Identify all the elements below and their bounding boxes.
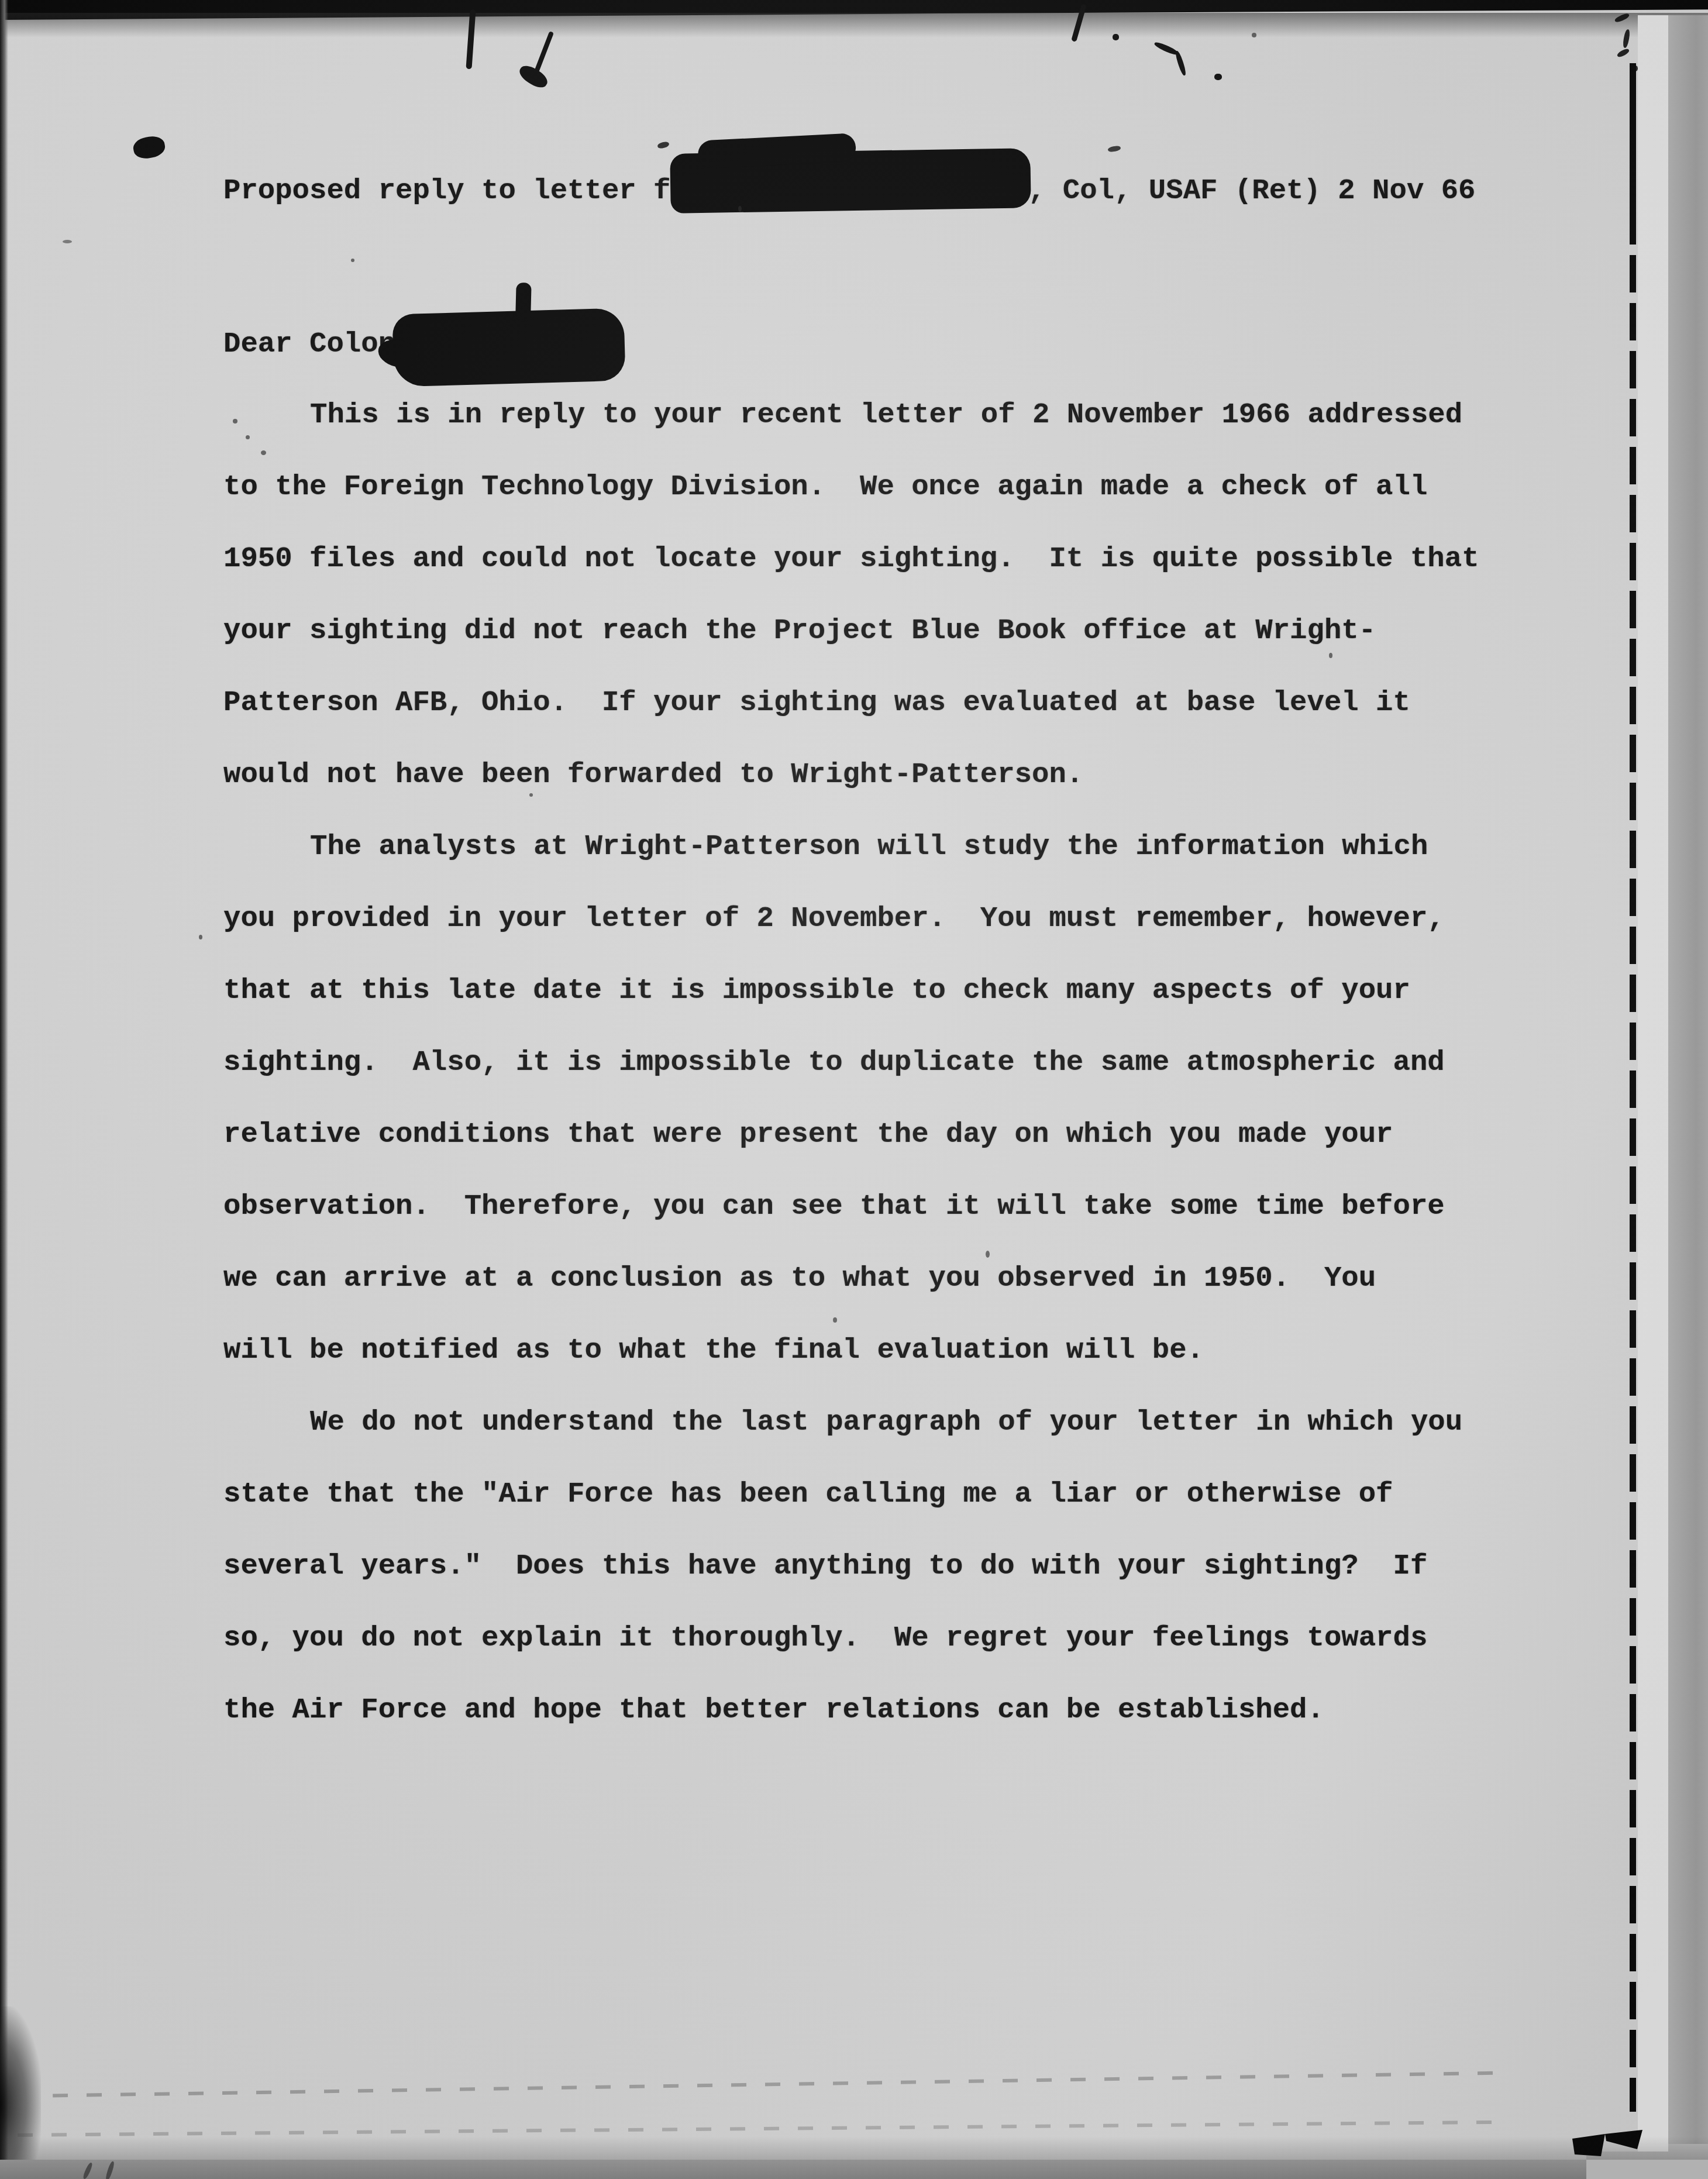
speck — [1252, 33, 1256, 37]
speck — [986, 1251, 990, 1258]
letter-line: we can arrive at a conclusion as to what… — [223, 1242, 1479, 1314]
speck — [1329, 653, 1332, 658]
scan-bottom-strip — [0, 2160, 1708, 2179]
speck — [833, 1317, 837, 1323]
small-dash-mark — [657, 141, 670, 150]
letter-line: to the Foreign Technology Division. We o… — [223, 451, 1479, 523]
scan-bottom-shadow — [0, 2136, 1708, 2160]
letter-line: We do not understand the last paragraph … — [223, 1386, 1479, 1458]
redaction-sender-name — [670, 148, 1031, 214]
scan-top-edge-shadow — [0, 13, 1708, 37]
speck — [529, 793, 533, 797]
speck — [738, 206, 742, 212]
letter-line: the Air Force and hope that better relat… — [223, 1674, 1479, 1746]
paragraph: We do not understand the last paragraph … — [223, 1386, 1479, 1746]
speck — [233, 419, 237, 424]
letter-line: you provided in your letter of 2 Novembe… — [223, 883, 1479, 955]
speck — [63, 240, 72, 243]
title-prefix: Proposed reply to letter f — [223, 174, 671, 207]
document-title-suffix: , Col, USAF (Ret) 2 Nov 66 — [1028, 173, 1476, 208]
paragraph: This is in reply to your recent letter o… — [223, 379, 1479, 811]
speck — [199, 935, 202, 939]
letter-line: The analysts at Wright-Patterson will st… — [223, 811, 1479, 883]
ink-dot-tr — [1113, 34, 1119, 40]
scan-right-strip — [1668, 15, 1708, 2179]
letter-line: This is in reply to your recent letter o… — [223, 379, 1479, 451]
paper-right-edge — [1638, 15, 1668, 2179]
dashed-edge-line-top — [1630, 63, 1636, 215]
letter-line: state that the "Air Force has been calli… — [223, 1458, 1479, 1530]
letter-line: so, you do not explain it thoroughly. We… — [223, 1602, 1479, 1674]
handwritten-check-foot — [516, 62, 550, 91]
small-dash-mark-2 — [1107, 145, 1121, 153]
handwritten-stroke-tr3 — [1174, 50, 1187, 77]
ink-dot-tr2 — [1214, 74, 1222, 80]
speck — [351, 259, 354, 262]
letter-line: that at this late date it is impossible … — [223, 955, 1479, 1027]
scanned-letter-page: Proposed reply to letter f , Col, USAF (… — [0, 0, 1708, 2179]
speck — [261, 450, 266, 455]
letter-line: observation. Therefore, you can see that… — [223, 1171, 1479, 1242]
paragraph: The analysts at Wright-Patterson will st… — [223, 811, 1479, 1386]
ink-blob-mark — [132, 135, 166, 161]
letter-body: This is in reply to your recent letter o… — [223, 379, 1479, 1746]
letter-line: 1950 files and could not locate your sig… — [223, 523, 1479, 595]
letter-line: Patterson AFB, Ohio. If your sighting wa… — [223, 667, 1479, 739]
letter-line: would not have been forwarded to Wright-… — [223, 739, 1479, 811]
scan-left-edge — [0, 0, 8, 2179]
faint-scratch-line-2 — [18, 2121, 1492, 2137]
letter-line: sighting. Also, it is impossible to dupl… — [223, 1027, 1479, 1099]
letter-line: relative conditions that were present th… — [223, 1099, 1479, 1171]
redaction-addressee-name — [392, 308, 625, 387]
bowtie-ink-mark — [1568, 2127, 1650, 2162]
edge-scribble-dot — [1632, 66, 1638, 71]
letter-line: several years." Does this have anything … — [223, 1530, 1479, 1602]
document-title-line: Proposed reply to letter f — [223, 173, 671, 208]
edge-scribble-3 — [1616, 47, 1630, 58]
letter-line: will be notified as to what the final ev… — [223, 1314, 1479, 1386]
letter-line: your sighting did not reach the Project … — [223, 595, 1479, 667]
speck — [246, 435, 250, 439]
faint-scratch-line-1 — [53, 2071, 1503, 2098]
dashed-edge-line — [1630, 63, 1636, 2112]
